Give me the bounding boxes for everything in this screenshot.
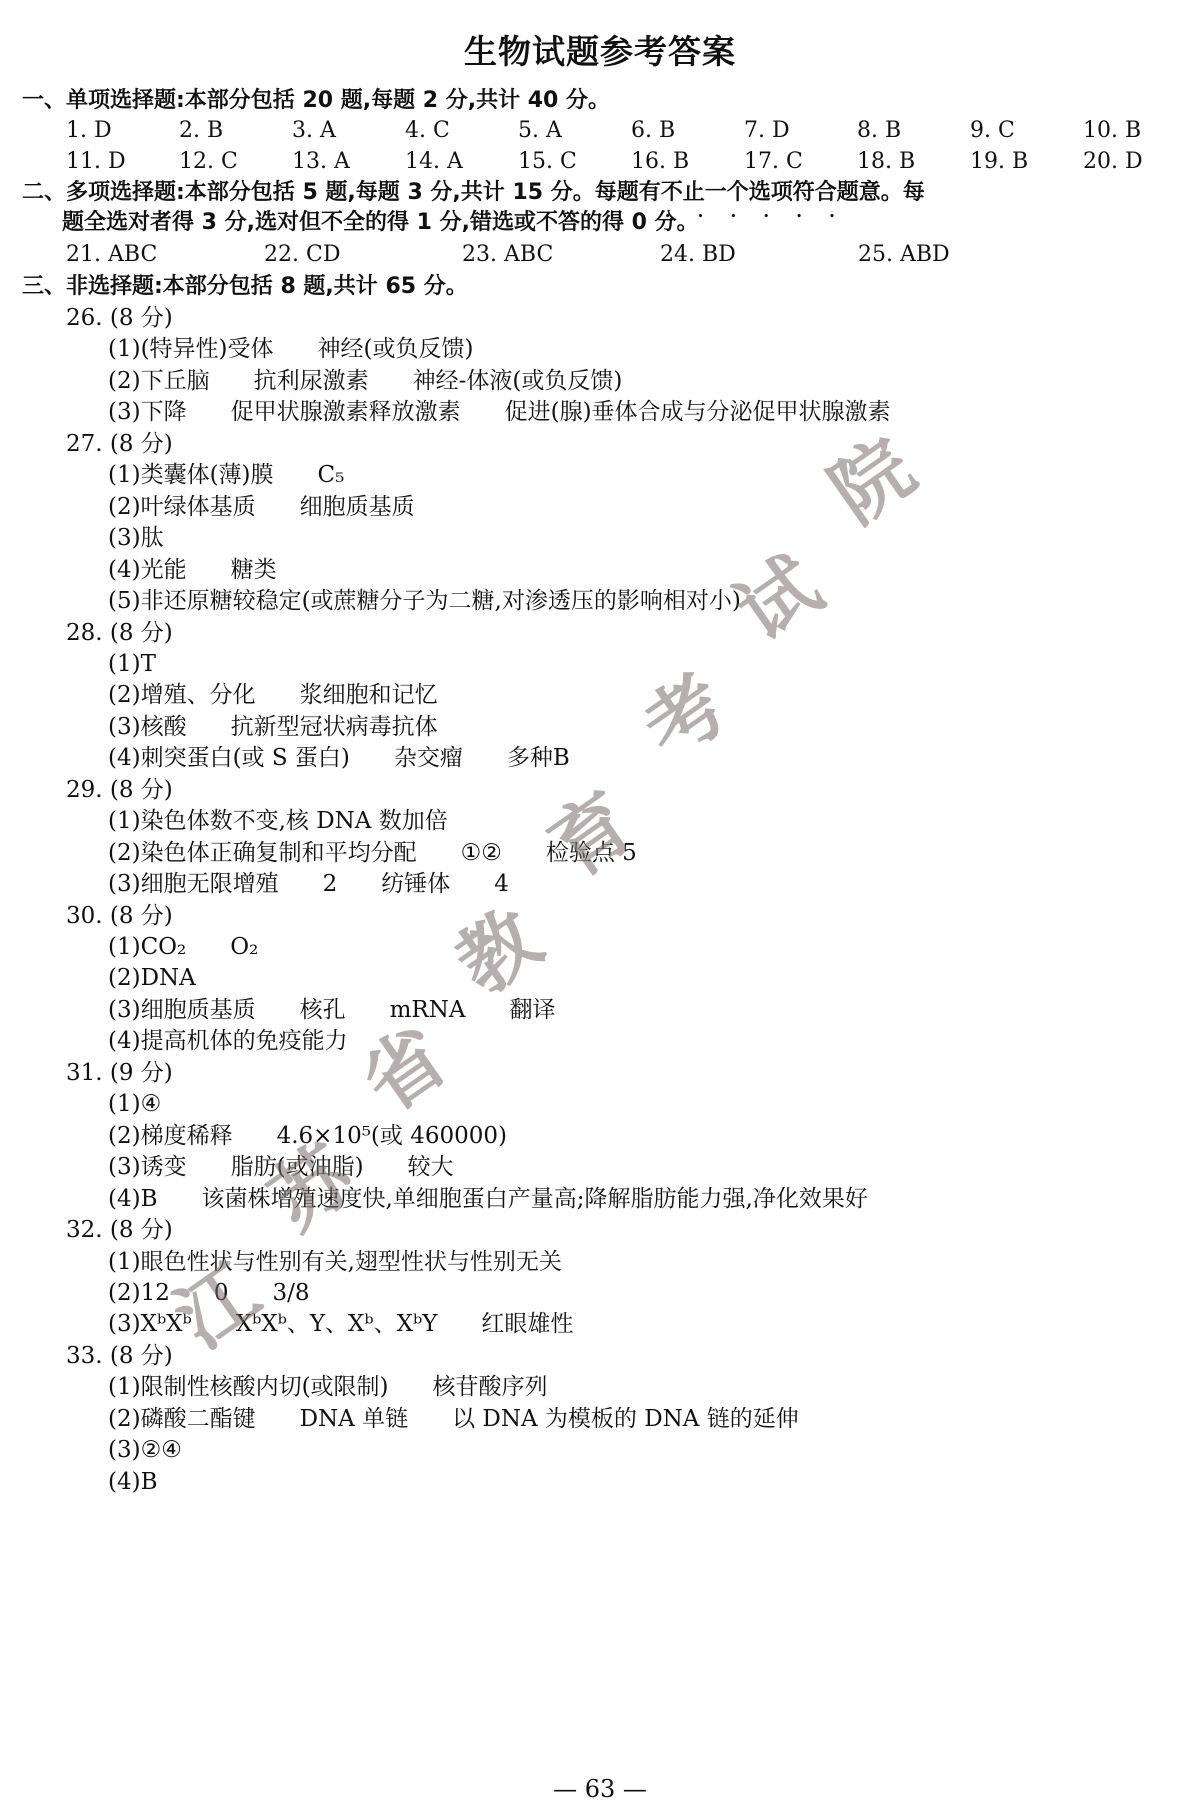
answer-line: (1)限制性核酸内切(或限制)核苷酸序列 <box>108 1372 548 1402</box>
answer-1: 1. D <box>66 116 179 146</box>
question-header: 30. (8 分) <box>66 901 173 931</box>
section-1-answers-row-2: 11. D 12. C 13. A 14. A 15. C 16. B 17. … <box>66 147 1196 177</box>
answer-segment: 杂交瘤 <box>394 745 463 771</box>
answer-key-page: 生物试题参考答案 一、单项选择题:本部分包括 20 题,每题 2 分,共计 40… <box>0 0 1200 1815</box>
section-2-header: 二、多项选择题:本部分包括 5 题,每题 3 分,共计 15 分。每题有不止一个… <box>22 178 925 208</box>
answer-segment: 该菌株增殖速度快,单细胞蛋白产量高;降解脂肪能力强,净化效果好 <box>201 1186 867 1212</box>
answer-segment: (1)T <box>108 651 156 677</box>
section-1-header: 一、单项选择题:本部分包括 20 题,每题 2 分,共计 40 分。 <box>22 86 610 116</box>
answer-segment: 糖类 <box>231 557 277 583</box>
answer-segment: (5)非还原糖较稳定(或蔗糖分子为二糖,对渗透压的影响相对小) <box>108 588 741 614</box>
answer-13: 13. A <box>292 147 405 177</box>
section-2-header-emphasis: 不止一个选项 <box>661 180 793 205</box>
answer-segment: (1)类囊体(薄)膜 <box>108 462 274 488</box>
answer-line: (1)类囊体(薄)膜C₅ <box>108 460 344 490</box>
answer-6: 6. B <box>631 116 744 146</box>
answer-20: 20. D <box>1083 147 1196 177</box>
answer-15: 15. C <box>518 147 631 177</box>
question-header: 28. (8 分) <box>66 618 173 648</box>
answer-8: 8. B <box>857 116 970 146</box>
answer-segment: 抗新型冠状病毒抗体 <box>231 714 438 740</box>
answer-line: (3)②④ <box>108 1435 182 1465</box>
answer-line: (2)增殖、分化浆细胞和记忆 <box>108 680 438 710</box>
answer-segment: (1)限制性核酸内切(或限制) <box>108 1374 389 1400</box>
answer-segment: (3)细胞无限增殖 <box>108 871 279 897</box>
answer-line: (5)非还原糖较稳定(或蔗糖分子为二糖,对渗透压的影响相对小) <box>108 586 741 616</box>
answer-segment: 较大 <box>408 1154 454 1180</box>
watermark-char: 考 <box>618 643 746 779</box>
answer-segment: (2)染色体正确复制和平均分配 <box>108 840 417 866</box>
answer-segment: (3)②④ <box>108 1437 182 1463</box>
answer-24: 24. BD <box>660 240 858 270</box>
answer-segment: (1)眼色性状与性别有关,翅型性状与性别无关 <box>108 1249 562 1275</box>
answer-segment: 0 <box>214 1280 229 1306</box>
answer-11: 11. D <box>66 147 179 177</box>
answer-line: (3)XᵇXᵇXᵇXᵇ、Y、Xᵇ、XᵇY红眼雄性 <box>108 1309 573 1339</box>
answer-18: 18. B <box>857 147 970 177</box>
page-number: — 63 — <box>0 1775 1200 1803</box>
answer-segment: 抗利尿激素 <box>254 368 369 394</box>
answer-segment: 红眼雄性 <box>481 1311 573 1337</box>
answer-line: (4)B该菌株增殖速度快,单细胞蛋白产量高;降解脂肪能力强,净化效果好 <box>108 1184 868 1214</box>
answer-line: (2)DNA <box>108 963 196 993</box>
section-2-header-part-a: 二、多项选择题:本部分包括 5 题,每题 3 分,共计 15 分。每题有 <box>22 180 661 205</box>
answer-segment: 纺锤体 <box>381 871 450 897</box>
section-1-answers-row-1: 1. D 2. B 3. A 4. C 5. A 6. B 7. D 8. B … <box>66 116 1196 146</box>
answer-segment: (2)增殖、分化 <box>108 682 256 708</box>
answer-19: 19. B <box>970 147 1083 177</box>
answer-line: (3)下降促甲状腺激素释放激素促进(腺)垂体合成与分泌促甲状腺激素 <box>108 397 891 427</box>
answer-22: 22. CD <box>264 240 462 270</box>
answer-line: (4)B <box>108 1467 157 1497</box>
answer-segment: (3)核酸 <box>108 714 187 740</box>
answer-4: 4. C <box>405 116 518 146</box>
answer-segment: (2)DNA <box>108 965 196 991</box>
answer-segment: (3)下降 <box>108 399 187 425</box>
answer-7: 7. D <box>744 116 857 146</box>
answer-23: 23. ABC <box>462 240 660 270</box>
answer-segment: (1)染色体数不变,核 DNA 数加倍 <box>108 808 448 834</box>
answer-2: 2. B <box>179 116 292 146</box>
answer-segment: (4)刺突蛋白(或 S 蛋白) <box>108 745 350 771</box>
answer-line: (3)肽 <box>108 523 164 553</box>
answer-segment: O₂ <box>230 934 258 960</box>
answer-line: (2)梯度稀释4.6×10⁵(或 460000) <box>108 1121 507 1151</box>
answer-segment: 神经(或负反馈) <box>318 336 474 362</box>
answer-10: 10. B <box>1083 116 1196 146</box>
answer-12: 12. C <box>179 147 292 177</box>
question-header: 27. (8 分) <box>66 429 173 459</box>
answer-line: (2)下丘脑抗利尿激素神经-体液(或负反馈) <box>108 366 622 396</box>
answer-line: (4)提高机体的免疫能力 <box>108 1026 348 1056</box>
answer-segment: 细胞质基质 <box>300 494 415 520</box>
answer-segment: (3)肽 <box>108 525 164 551</box>
answer-segment: C₅ <box>318 462 345 488</box>
answer-line: (1)(特异性)受体神经(或负反馈) <box>108 334 473 364</box>
answer-5: 5. A <box>518 116 631 146</box>
question-header: 26. (8 分) <box>66 303 173 333</box>
section-2-answers: 21. ABC 22. CD 23. ABC 24. BD 25. ABD <box>66 240 1056 270</box>
answer-line: (1)④ <box>108 1089 161 1119</box>
answer-segment: (2)叶绿体基质 <box>108 494 256 520</box>
answer-segment: 核孔 <box>300 997 346 1023</box>
answer-line: (1)染色体数不变,核 DNA 数加倍 <box>108 806 448 836</box>
answer-segment: (1)④ <box>108 1091 161 1117</box>
answer-9: 9. C <box>970 116 1083 146</box>
question-header: 29. (8 分) <box>66 775 173 805</box>
answer-segment: XᵇXᵇ、Y、Xᵇ、XᵇY <box>236 1311 438 1337</box>
answer-segment: 以 DNA 为模板的 DNA 链的延伸 <box>452 1406 799 1432</box>
answer-segment: (2)梯度稀释 <box>108 1123 233 1149</box>
answer-segment: 翻译 <box>509 997 555 1023</box>
watermark-char: 院 <box>805 408 933 544</box>
answer-segment: 浆细胞和记忆 <box>300 682 438 708</box>
answer-segment: 多种B <box>507 745 570 771</box>
answer-14: 14. A <box>405 147 518 177</box>
answer-line: (3)细胞无限增殖2纺锤体4 <box>108 869 509 899</box>
answer-segment: DNA 单链 <box>300 1406 409 1432</box>
answer-segment: 4.6×10⁵(或 460000) <box>277 1123 507 1149</box>
watermark-char: 育 <box>524 761 652 897</box>
question-header: 33. (8 分) <box>66 1341 173 1371</box>
answer-segment: (2)下丘脑 <box>108 368 210 394</box>
section-3-header: 三、非选择题:本部分包括 8 题,共计 65 分。 <box>22 272 468 302</box>
answer-21: 21. ABC <box>66 240 264 270</box>
answer-16: 16. B <box>631 147 744 177</box>
answer-line: (1)CO₂O₂ <box>108 932 258 962</box>
question-header: 32. (8 分) <box>66 1215 173 1245</box>
answer-segment: 3/8 <box>273 1280 310 1306</box>
answer-line: (4)光能糖类 <box>108 555 277 585</box>
answer-17: 17. C <box>744 147 857 177</box>
answer-segment: (2)12 <box>108 1280 170 1306</box>
answer-line: (2)磷酸二酯键DNA 单链以 DNA 为模板的 DNA 链的延伸 <box>108 1404 799 1434</box>
answer-segment: 检验点 5 <box>546 840 637 866</box>
section-2-header-line-2: 题全选对者得 3 分,选对但不全的得 1 分,错选或不答的得 0 分。 <box>62 208 699 238</box>
answer-3: 3. A <box>292 116 405 146</box>
answer-segment: (3)XᵇXᵇ <box>108 1311 192 1337</box>
answer-line: (2)叶绿体基质细胞质基质 <box>108 492 415 522</box>
answer-line: (1)眼色性状与性别有关,翅型性状与性别无关 <box>108 1247 562 1277</box>
answer-line: (3)细胞质基质核孔mRNA翻译 <box>108 995 555 1025</box>
answer-line: (2)染色体正确复制和平均分配①②检验点 5 <box>108 838 637 868</box>
answer-segment: (4)B <box>108 1186 157 1212</box>
answer-segment: (2)磷酸二酯键 <box>108 1406 256 1432</box>
answer-segment: 4 <box>494 871 509 897</box>
question-header: 31. (9 分) <box>66 1058 173 1088</box>
answer-segment: (3)诱变 <box>108 1154 187 1180</box>
answer-segment: (4)提高机体的免疫能力 <box>108 1028 348 1054</box>
answer-line: (4)刺突蛋白(或 S 蛋白)杂交瘤多种B <box>108 743 570 773</box>
answer-line: (1)T <box>108 649 156 679</box>
answer-segment: ①② <box>461 840 502 866</box>
answer-segment: 促甲状腺激素释放激素 <box>231 399 461 425</box>
page-title: 生物试题参考答案 <box>0 26 1200 73</box>
answer-segment: (1)CO₂ <box>108 934 186 960</box>
answer-segment: mRNA <box>390 997 466 1023</box>
answer-segment: 2 <box>323 871 338 897</box>
answer-line: (2)1203/8 <box>108 1278 310 1308</box>
answer-segment: 核苷酸序列 <box>433 1374 548 1400</box>
answer-segment: (3)细胞质基质 <box>108 997 256 1023</box>
answer-line: (3)诱变脂肪(或油脂)较大 <box>108 1152 454 1182</box>
answer-segment: (4)B <box>108 1469 157 1495</box>
answer-segment: 脂肪(或油脂) <box>231 1154 364 1180</box>
answer-25: 25. ABD <box>858 240 1056 270</box>
answer-segment: (4)光能 <box>108 557 187 583</box>
answer-segment: (1)(特异性)受体 <box>108 336 274 362</box>
answer-segment: 神经-体液(或负反馈) <box>413 368 623 394</box>
answer-segment: 促进(腺)垂体合成与分泌促甲状腺激素 <box>505 399 891 425</box>
answer-line: (3)核酸抗新型冠状病毒抗体 <box>108 712 438 742</box>
